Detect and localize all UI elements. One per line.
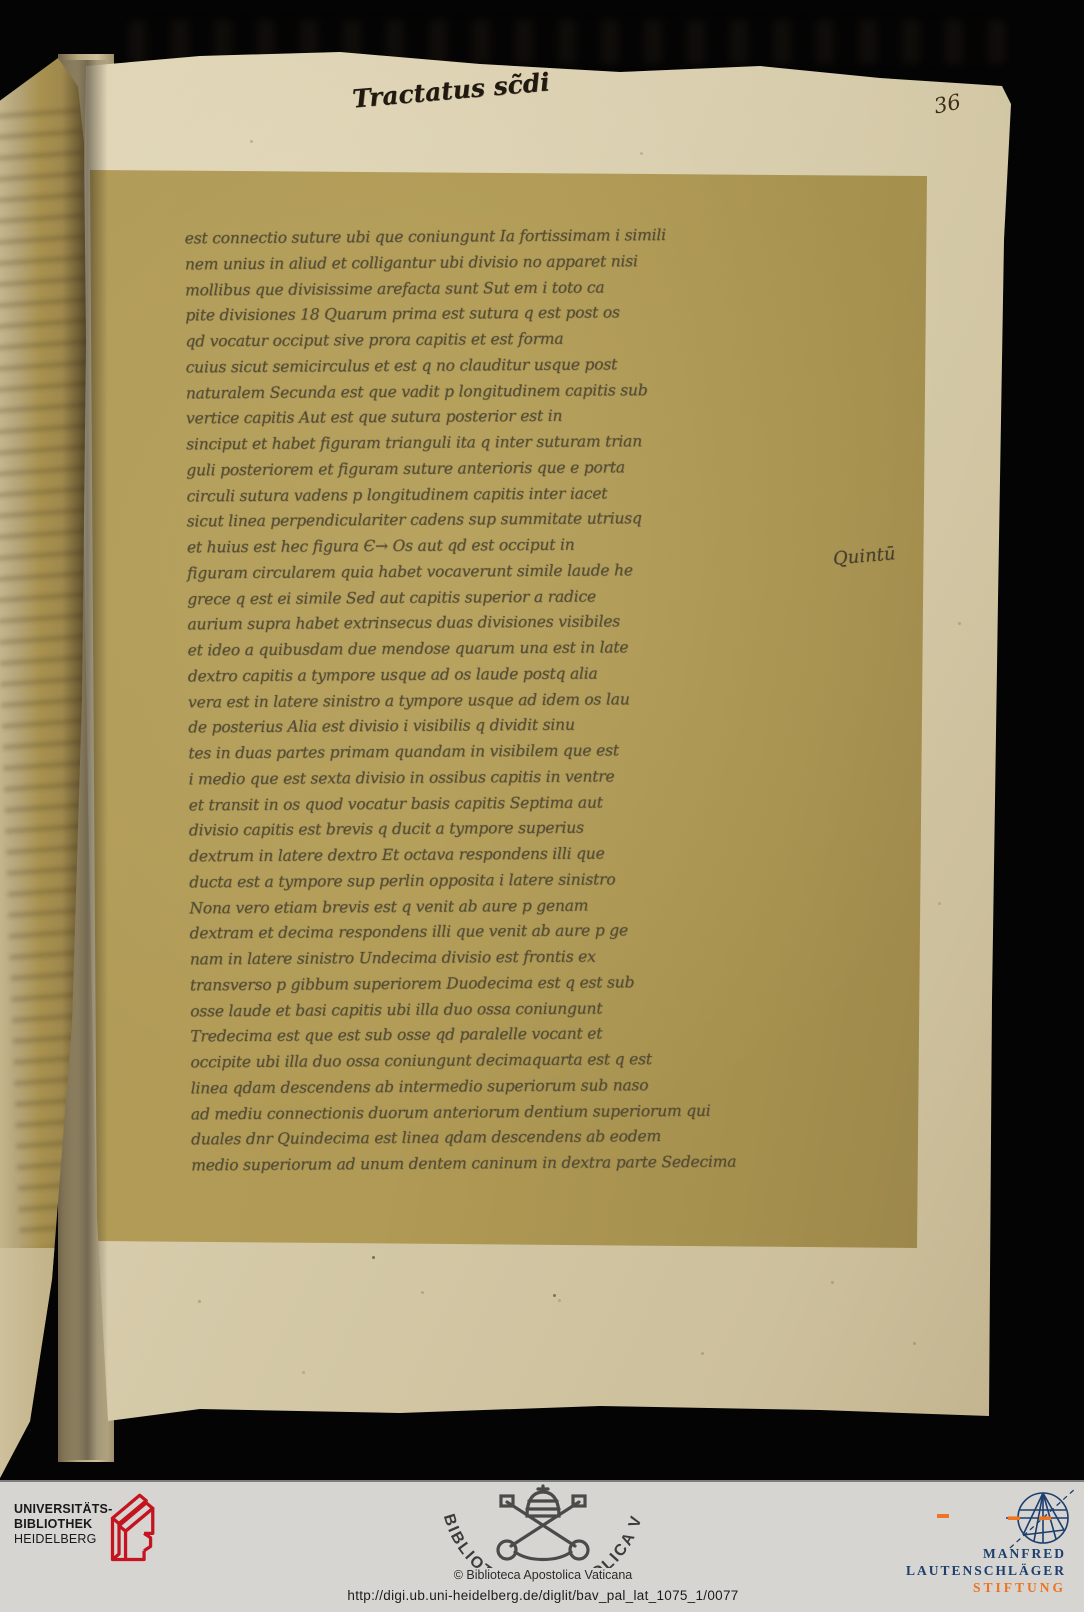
vatican-library-logo: BIBLIOTECA APOSTOLICA VATICANA	[423, 1484, 663, 1573]
gutter-shadow	[62, 60, 108, 1460]
running-header: Tractatus sc̃di	[351, 67, 551, 113]
source-url: http://digi.ub.uni-heidelberg.de/diglit/…	[223, 1588, 863, 1603]
stiftung-logo-text: MANFRED LAUTENSCHLÄGER STIFTUNG	[906, 1545, 1066, 1597]
manuscript-text-block: est connectio suture ubi que coniungunt …	[185, 222, 872, 1179]
stiftung-line1: MANFRED	[906, 1545, 1066, 1562]
ub-logo-line2: BIBLIOTHEK	[14, 1517, 112, 1532]
vatican-emblem-icon: BIBLIOTECA APOSTOLICA VATICANA	[423, 1484, 663, 1568]
vatican-copyright: © Biblioteca Apostolica Vaticana	[323, 1568, 763, 1582]
ub-logo-line3: HEIDELBERG	[14, 1532, 112, 1547]
paper-speckles	[0, 0, 3, 3]
stiftung-globe-icon	[998, 1486, 1078, 1554]
separator-dash	[937, 1514, 949, 1518]
ub-logo-line1: UNIVERSITÄTS-	[14, 1502, 112, 1517]
manuscript-scan-viewer: Tractatus sc̃di 36 est connectio suture …	[0, 0, 1084, 1612]
ub-book-icon	[102, 1492, 160, 1566]
stiftung-line3: STIFTUNG	[906, 1579, 1066, 1597]
ub-heidelberg-logo: UNIVERSITÄTS- BIBLIOTHEK HEIDELBERG	[14, 1502, 112, 1547]
manuscript-text-line: medio superiorum ad unum dentem caninum …	[191, 1149, 871, 1179]
folio-number: 36	[932, 89, 963, 118]
manuscript-page: Tractatus sc̃di 36 est connectio suture …	[0, 0, 1084, 1475]
stiftung-line2: LAUTENSCHLÄGER	[906, 1562, 1066, 1579]
